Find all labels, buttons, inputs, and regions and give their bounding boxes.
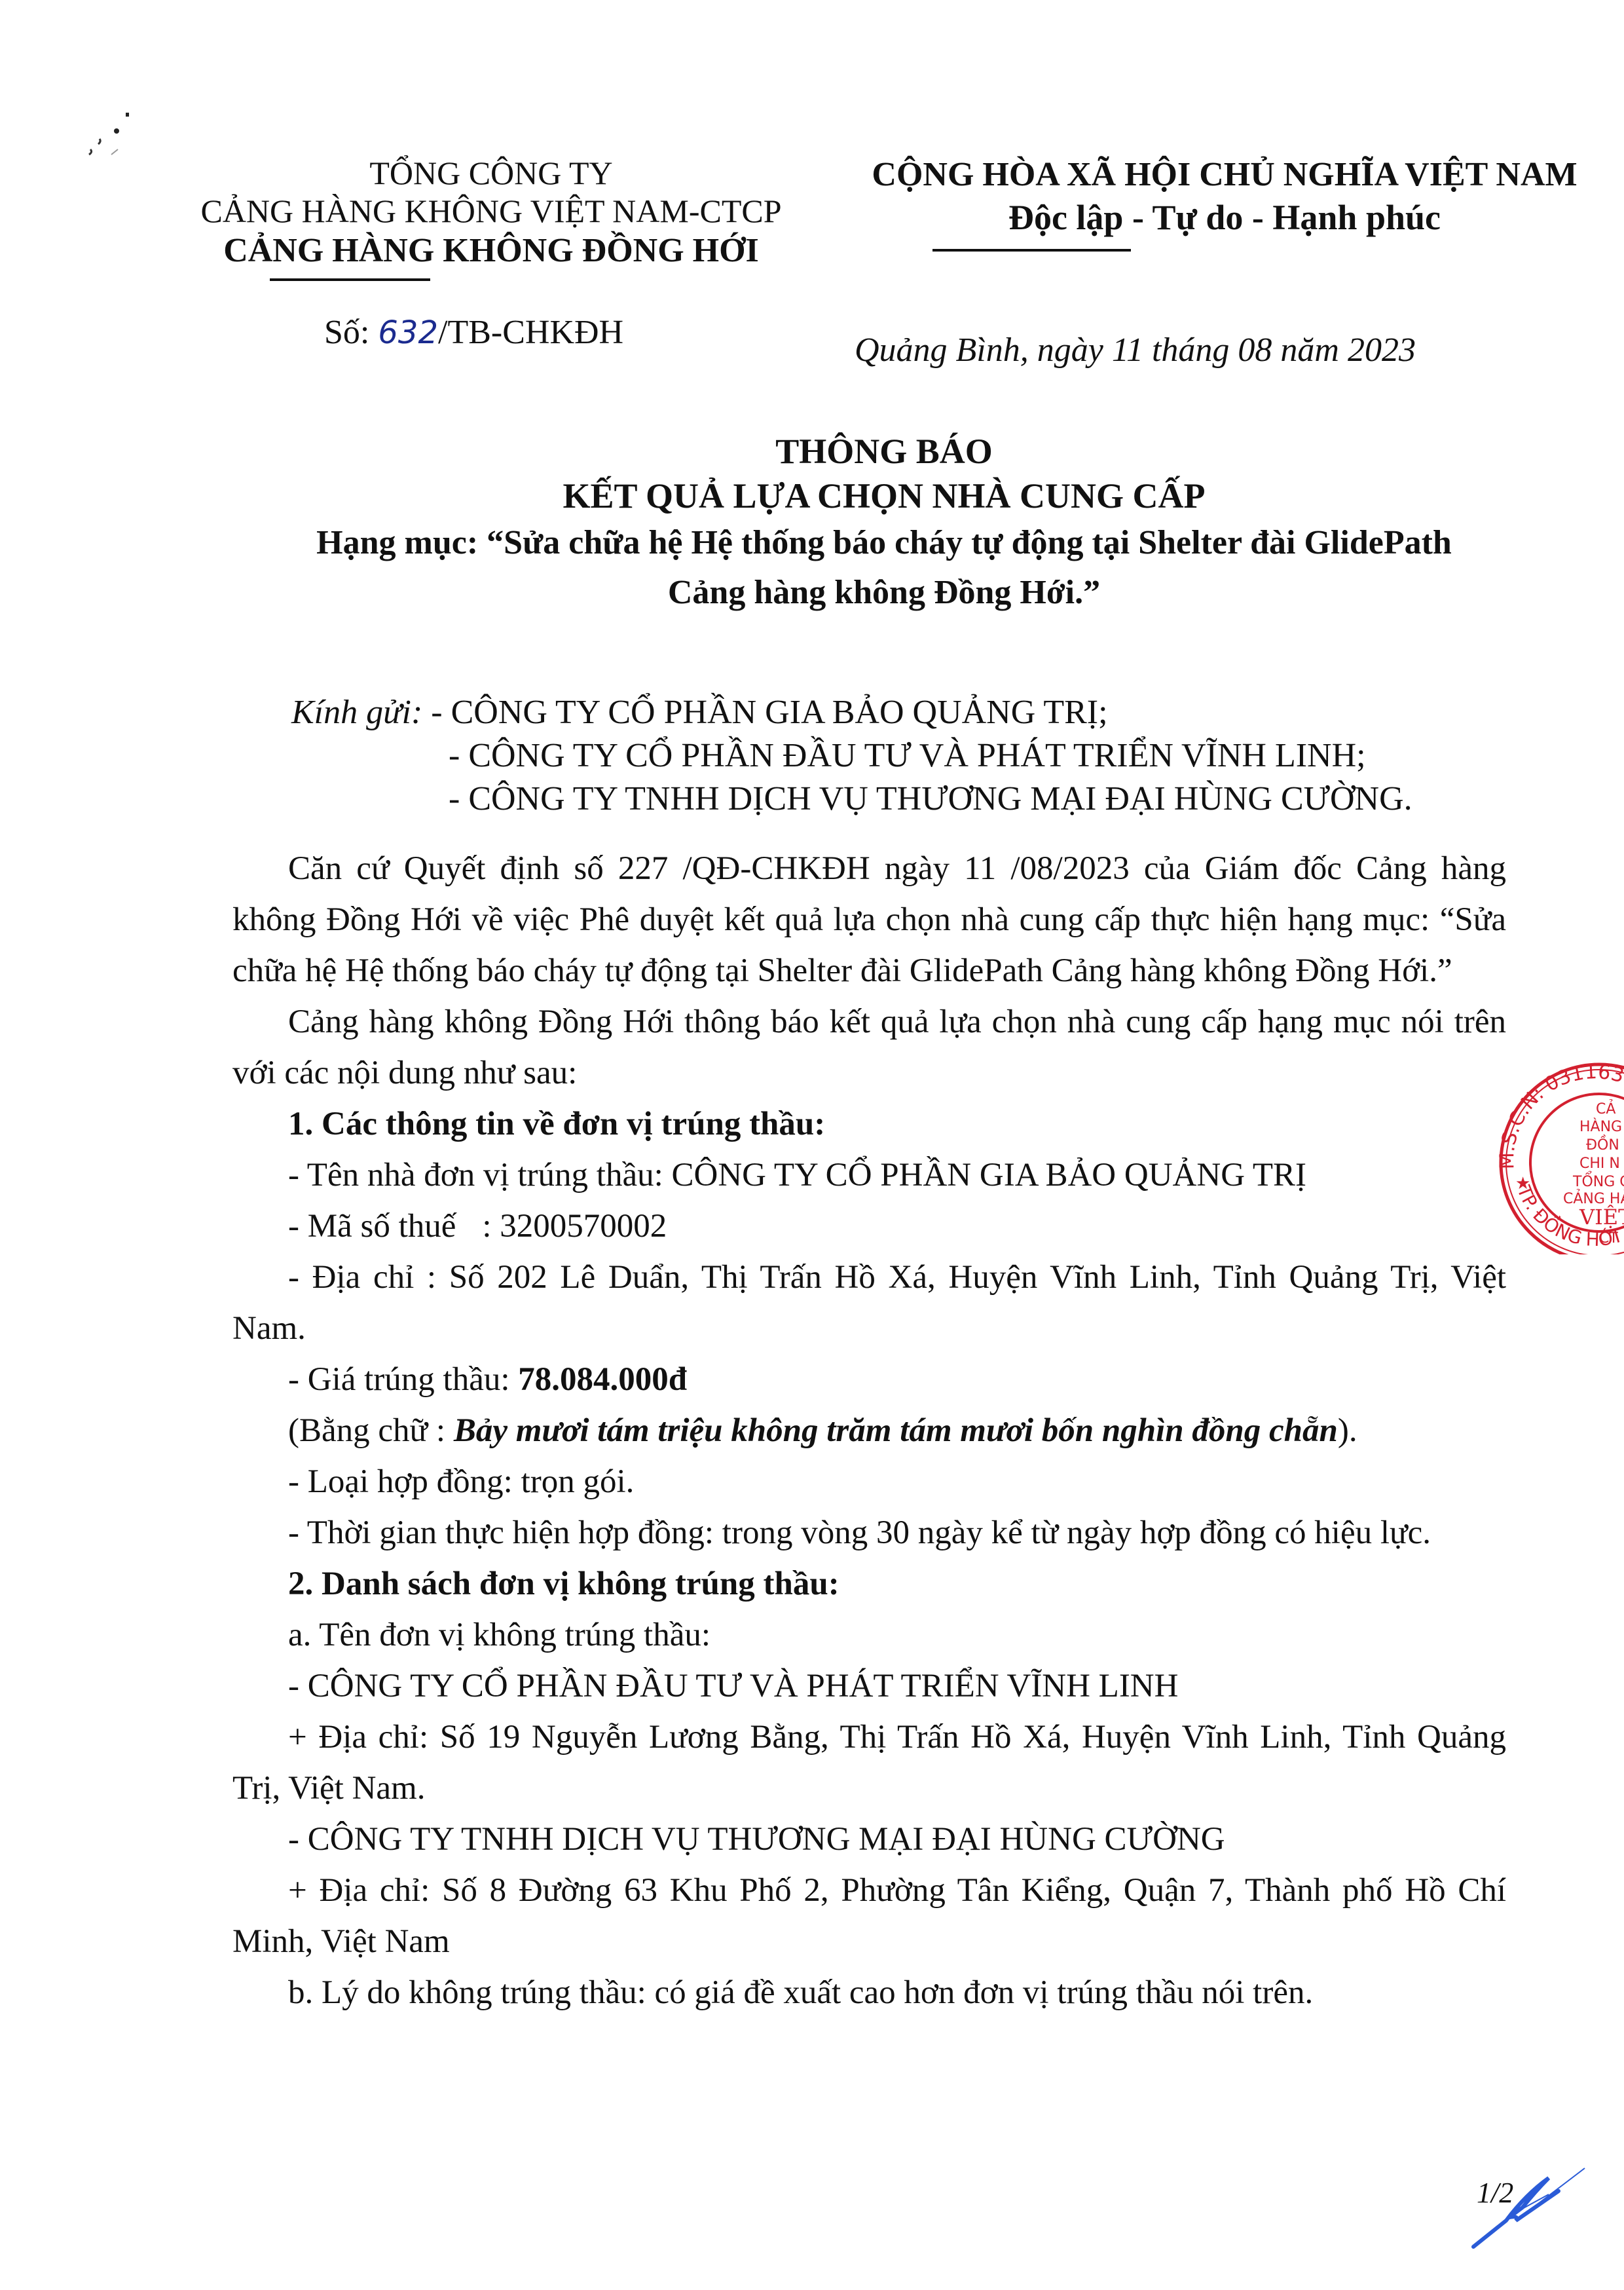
- winner-name: - Tên nhà đơn vị trúng thầu: CÔNG TY CỔ …: [232, 1150, 1506, 1201]
- tax-code-value: : 3200570002: [482, 1208, 667, 1245]
- loser-name: - CÔNG TY TNHH DỊCH VỤ THƯƠNG MẠI ĐẠI HÙ…: [232, 1814, 1506, 1865]
- issuer-parent-1: TỔNG CÔNG TY: [164, 154, 819, 192]
- recipient-item: - CÔNG TY TNHH DỊCH VỤ THƯƠNG MẠI ĐẠI HÙ…: [291, 778, 1412, 821]
- national-motto-block: CỘNG HÒA XÃ HỘI CHỦ NGHĨA VIỆT NAM Độc l…: [864, 154, 1585, 239]
- svg-text:CẢ: CẢ: [1596, 1100, 1615, 1117]
- svg-text:CHI N: CHI N: [1579, 1155, 1620, 1172]
- recipients-label: Kính gửi:: [291, 694, 422, 731]
- issuer-block: TỔNG CÔNG TY CẢNG HÀNG KHÔNG VIỆT NAM-CT…: [164, 154, 819, 272]
- company-seal-stamp: M.S.C.N: 0311638 TP. ĐỒNG HỚI ★ CẢ HÀNG …: [1488, 1058, 1624, 1254]
- svg-text:HÀNG: HÀNG: [1579, 1118, 1622, 1135]
- recipients-block: Kính gửi: - CÔNG TY CỔ PHẦN GIA BẢO QUẢN…: [291, 691, 1412, 821]
- svg-text:CT: CT: [1599, 1230, 1618, 1247]
- tax-code-label: - Mã số thuế: [288, 1208, 456, 1245]
- place-date: Quảng Bình, ngày 11 tháng 08 năm 2023: [855, 331, 1416, 369]
- price-words-prefix: (Bằng chữ :: [288, 1412, 454, 1449]
- section-1-heading: 1. Các thông tin về đơn vị trúng thầu:: [232, 1098, 1506, 1150]
- svg-text:TỔNG C: TỔNG C: [1572, 1171, 1624, 1190]
- price-words-suffix: ).: [1338, 1412, 1357, 1449]
- contract-type: - Loại hợp đồng: trọn gói.: [232, 1456, 1506, 1507]
- recipient-item: - CÔNG TY CỔ PHẦN GIA BẢO QUẢNG TRỊ;: [431, 694, 1107, 731]
- price-in-words: (Bằng chữ : Bảy mươi tám triệu không tră…: [232, 1405, 1506, 1456]
- title-line-4: Cảng hàng không Đồng Hới.”: [196, 568, 1572, 618]
- price-value: 78.084.000đ: [518, 1361, 687, 1398]
- price-words: Bảy mươi tám triệu không trăm tám mươi b…: [454, 1412, 1338, 1449]
- title-line-3: Hạng mục: “Sửa chữa hệ Hệ thống báo cháy…: [196, 518, 1572, 568]
- title-line-2: KẾT QUẢ LỰA CHỌN NHÀ CUNG CẤP: [196, 474, 1572, 518]
- svg-text:ĐỒN: ĐỒN: [1586, 1135, 1619, 1154]
- national-title: CỘNG HÒA XÃ HỘI CHỦ NGHĨA VIỆT NAM: [864, 154, 1585, 196]
- document-number-suffix: /TB-CHKĐH: [438, 314, 623, 351]
- contract-duration: - Thời gian thực hiện hợp đồng: trong vò…: [232, 1507, 1506, 1558]
- section-2-heading: 2. Danh sách đơn vị không trúng thầu:: [232, 1558, 1506, 1609]
- svg-text:★: ★: [1515, 1174, 1530, 1193]
- document-body: Căn cứ Quyết định số 227 /QĐ-CHKĐH ngày …: [232, 843, 1506, 2018]
- document-number-handwritten: 632: [378, 314, 438, 351]
- loser-address: + Địa chỉ: Số 19 Nguyễn Lương Bằng, Thị …: [232, 1712, 1506, 1814]
- loser-name: - CÔNG TY CỔ PHẦN ĐẦU TƯ VÀ PHÁT TRIỂN V…: [232, 1661, 1506, 1712]
- winning-price: - Giá trúng thầu: 78.084.000đ: [232, 1354, 1506, 1405]
- document-number: Số: 632/TB-CHKĐH: [324, 313, 623, 352]
- issuer-underline: [270, 278, 430, 281]
- document-title: THÔNG BÁO KẾT QUẢ LỰA CHỌN NHÀ CUNG CẤP …: [196, 429, 1572, 618]
- initials-signature: [1460, 2155, 1591, 2260]
- issuer-name: CẢNG HÀNG KHÔNG ĐỒNG HỚI: [164, 230, 819, 272]
- section-2a-heading: a. Tên đơn vị không trúng thầu:: [232, 1609, 1506, 1661]
- motto-underline: [932, 249, 1131, 252]
- section-2b-reason: b. Lý do không trúng thầu: có giá đề xuấ…: [232, 1967, 1506, 2018]
- title-line-1: THÔNG BÁO: [196, 429, 1572, 474]
- basis-paragraph: Căn cứ Quyết định số 227 /QĐ-CHKĐH ngày …: [232, 843, 1506, 996]
- tax-code: - Mã số thuế: 3200570002: [232, 1201, 1506, 1252]
- svg-text:VIỆT: VIỆT: [1579, 1205, 1624, 1229]
- national-motto: Độc lập - Tự do - Hạnh phúc: [864, 196, 1585, 239]
- loser-address: + Địa chỉ: Số 8 Đường 63 Khu Phố 2, Phườ…: [232, 1865, 1506, 1967]
- recipient-item: - CÔNG TY CỔ PHẦN ĐẦU TƯ VÀ PHÁT TRIỂN V…: [291, 734, 1412, 778]
- issuer-parent-2: CẢNG HÀNG KHÔNG VIỆT NAM-CTCP: [164, 192, 819, 230]
- winner-address: - Địa chỉ : Số 202 Lê Duẩn, Thị Trấn Hồ …: [232, 1252, 1506, 1354]
- price-label: - Giá trúng thầu:: [288, 1361, 518, 1398]
- scan-marks: [85, 105, 144, 157]
- intro-paragraph: Cảng hàng không Đồng Hới thông báo kết q…: [232, 996, 1506, 1098]
- document-number-prefix: Số:: [324, 314, 378, 351]
